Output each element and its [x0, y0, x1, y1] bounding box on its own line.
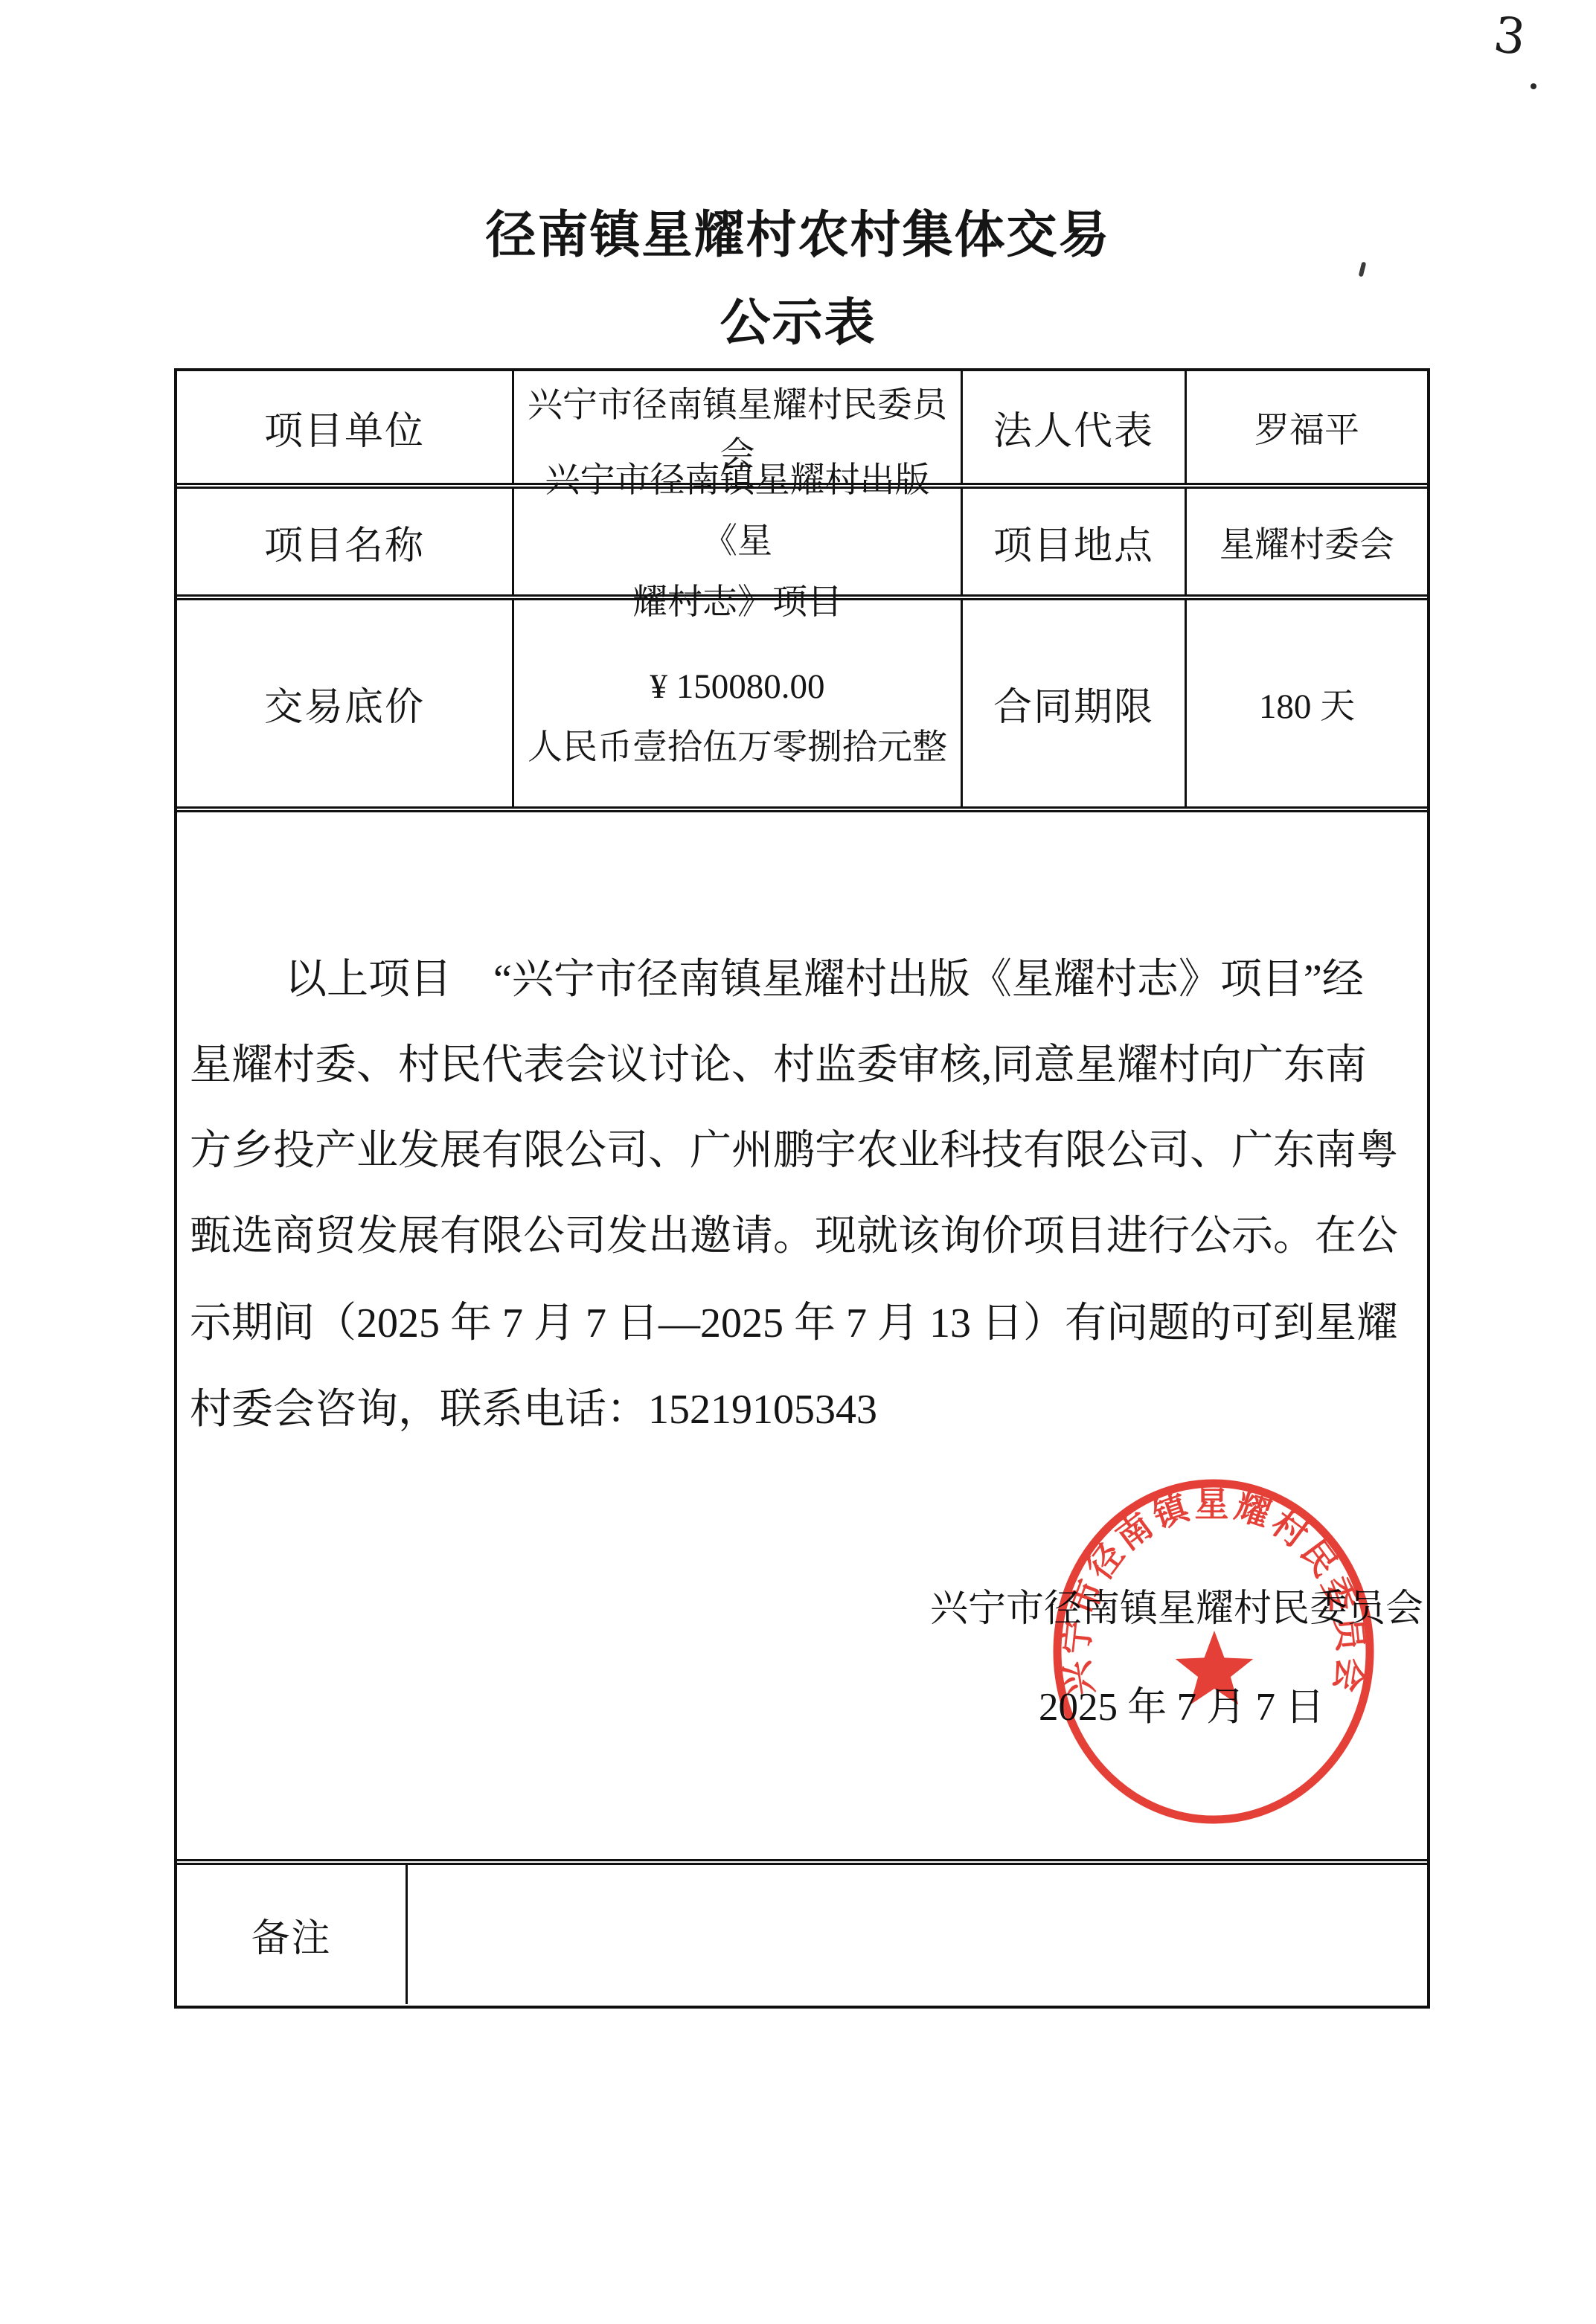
- document-title-line1: 径南镇星耀村农村集体交易: [0, 201, 1596, 269]
- notice-body-line: 以上项目 “兴宁市径南镇星耀村出版《星耀村志》项目”经: [190, 952, 1419, 1007]
- table-row-base-price: 交易底价 ¥ 150080.00 人民币壹拾伍万零捌拾元整 合同期限 180 天: [177, 594, 1427, 806]
- notice-body-line: 方乡投产业发展有限公司、广州鹏宇农业科技有限公司、广东南粤: [190, 1123, 1419, 1178]
- contract-term-value: 180 天: [1187, 600, 1427, 806]
- base-price-amount: ¥ 150080.00: [650, 656, 825, 717]
- project-name-value-line1: 兴宁市径南镇星耀村出版《星: [514, 450, 961, 572]
- remark-value: [408, 1865, 1427, 2004]
- base-price-label: 交易底价: [177, 600, 514, 806]
- scanned-notice-page: 3 径南镇星耀村农村集体交易 公示表 项目单位 兴宁市径南镇星耀村民委员会 法人…: [0, 0, 1596, 2324]
- remark-label: 备注: [177, 1865, 408, 2004]
- table-row-project-name: 项目名称 兴宁市径南镇星耀村出版《星 耀村志》项目 项目地点 星耀村委会: [177, 483, 1427, 594]
- table-row-remark: 备注: [177, 1859, 1427, 2004]
- project-location-value: 星耀村委会: [1187, 489, 1427, 594]
- base-price-value: ¥ 150080.00 人民币壹拾伍万零捌拾元整: [514, 600, 963, 806]
- contract-term-label: 合同期限: [963, 600, 1187, 806]
- legal-representative-value: 罗福平: [1187, 371, 1427, 483]
- document-title-line2: 公示表: [0, 289, 1596, 357]
- project-name-value: 兴宁市径南镇星耀村出版《星 耀村志》项目: [514, 489, 963, 594]
- notice-body-line: 星耀村委、村民代表会议讨论、村监委审核,同意星耀村向广东南: [190, 1038, 1419, 1093]
- official-seal-stamp: 兴宁市径南镇星耀村民委员会: [1048, 1474, 1379, 1829]
- legal-representative-label: 法人代表: [963, 371, 1187, 483]
- notice-body-line: 甄选商贸发展有限公司发出邀请。现就该询价项目进行公示。在公: [190, 1209, 1419, 1264]
- handwritten-page-number: 3: [1490, 6, 1528, 67]
- base-price-amount-words: 人民币壹拾伍万零捌拾元整: [528, 717, 947, 778]
- stamp-star-icon: [1176, 1631, 1254, 1705]
- notice-body-line: 示期间（2025 年 7 月 7 日—2025 年 7 月 13 日）有问题的可…: [190, 1296, 1419, 1351]
- ink-dot: [1531, 83, 1536, 89]
- project-location-label: 项目地点: [963, 489, 1187, 594]
- project-unit-label: 项目单位: [177, 371, 514, 483]
- project-name-label: 项目名称: [177, 489, 514, 594]
- notice-body-line: 村委会咨询，联系电话：15219105343: [190, 1382, 1419, 1437]
